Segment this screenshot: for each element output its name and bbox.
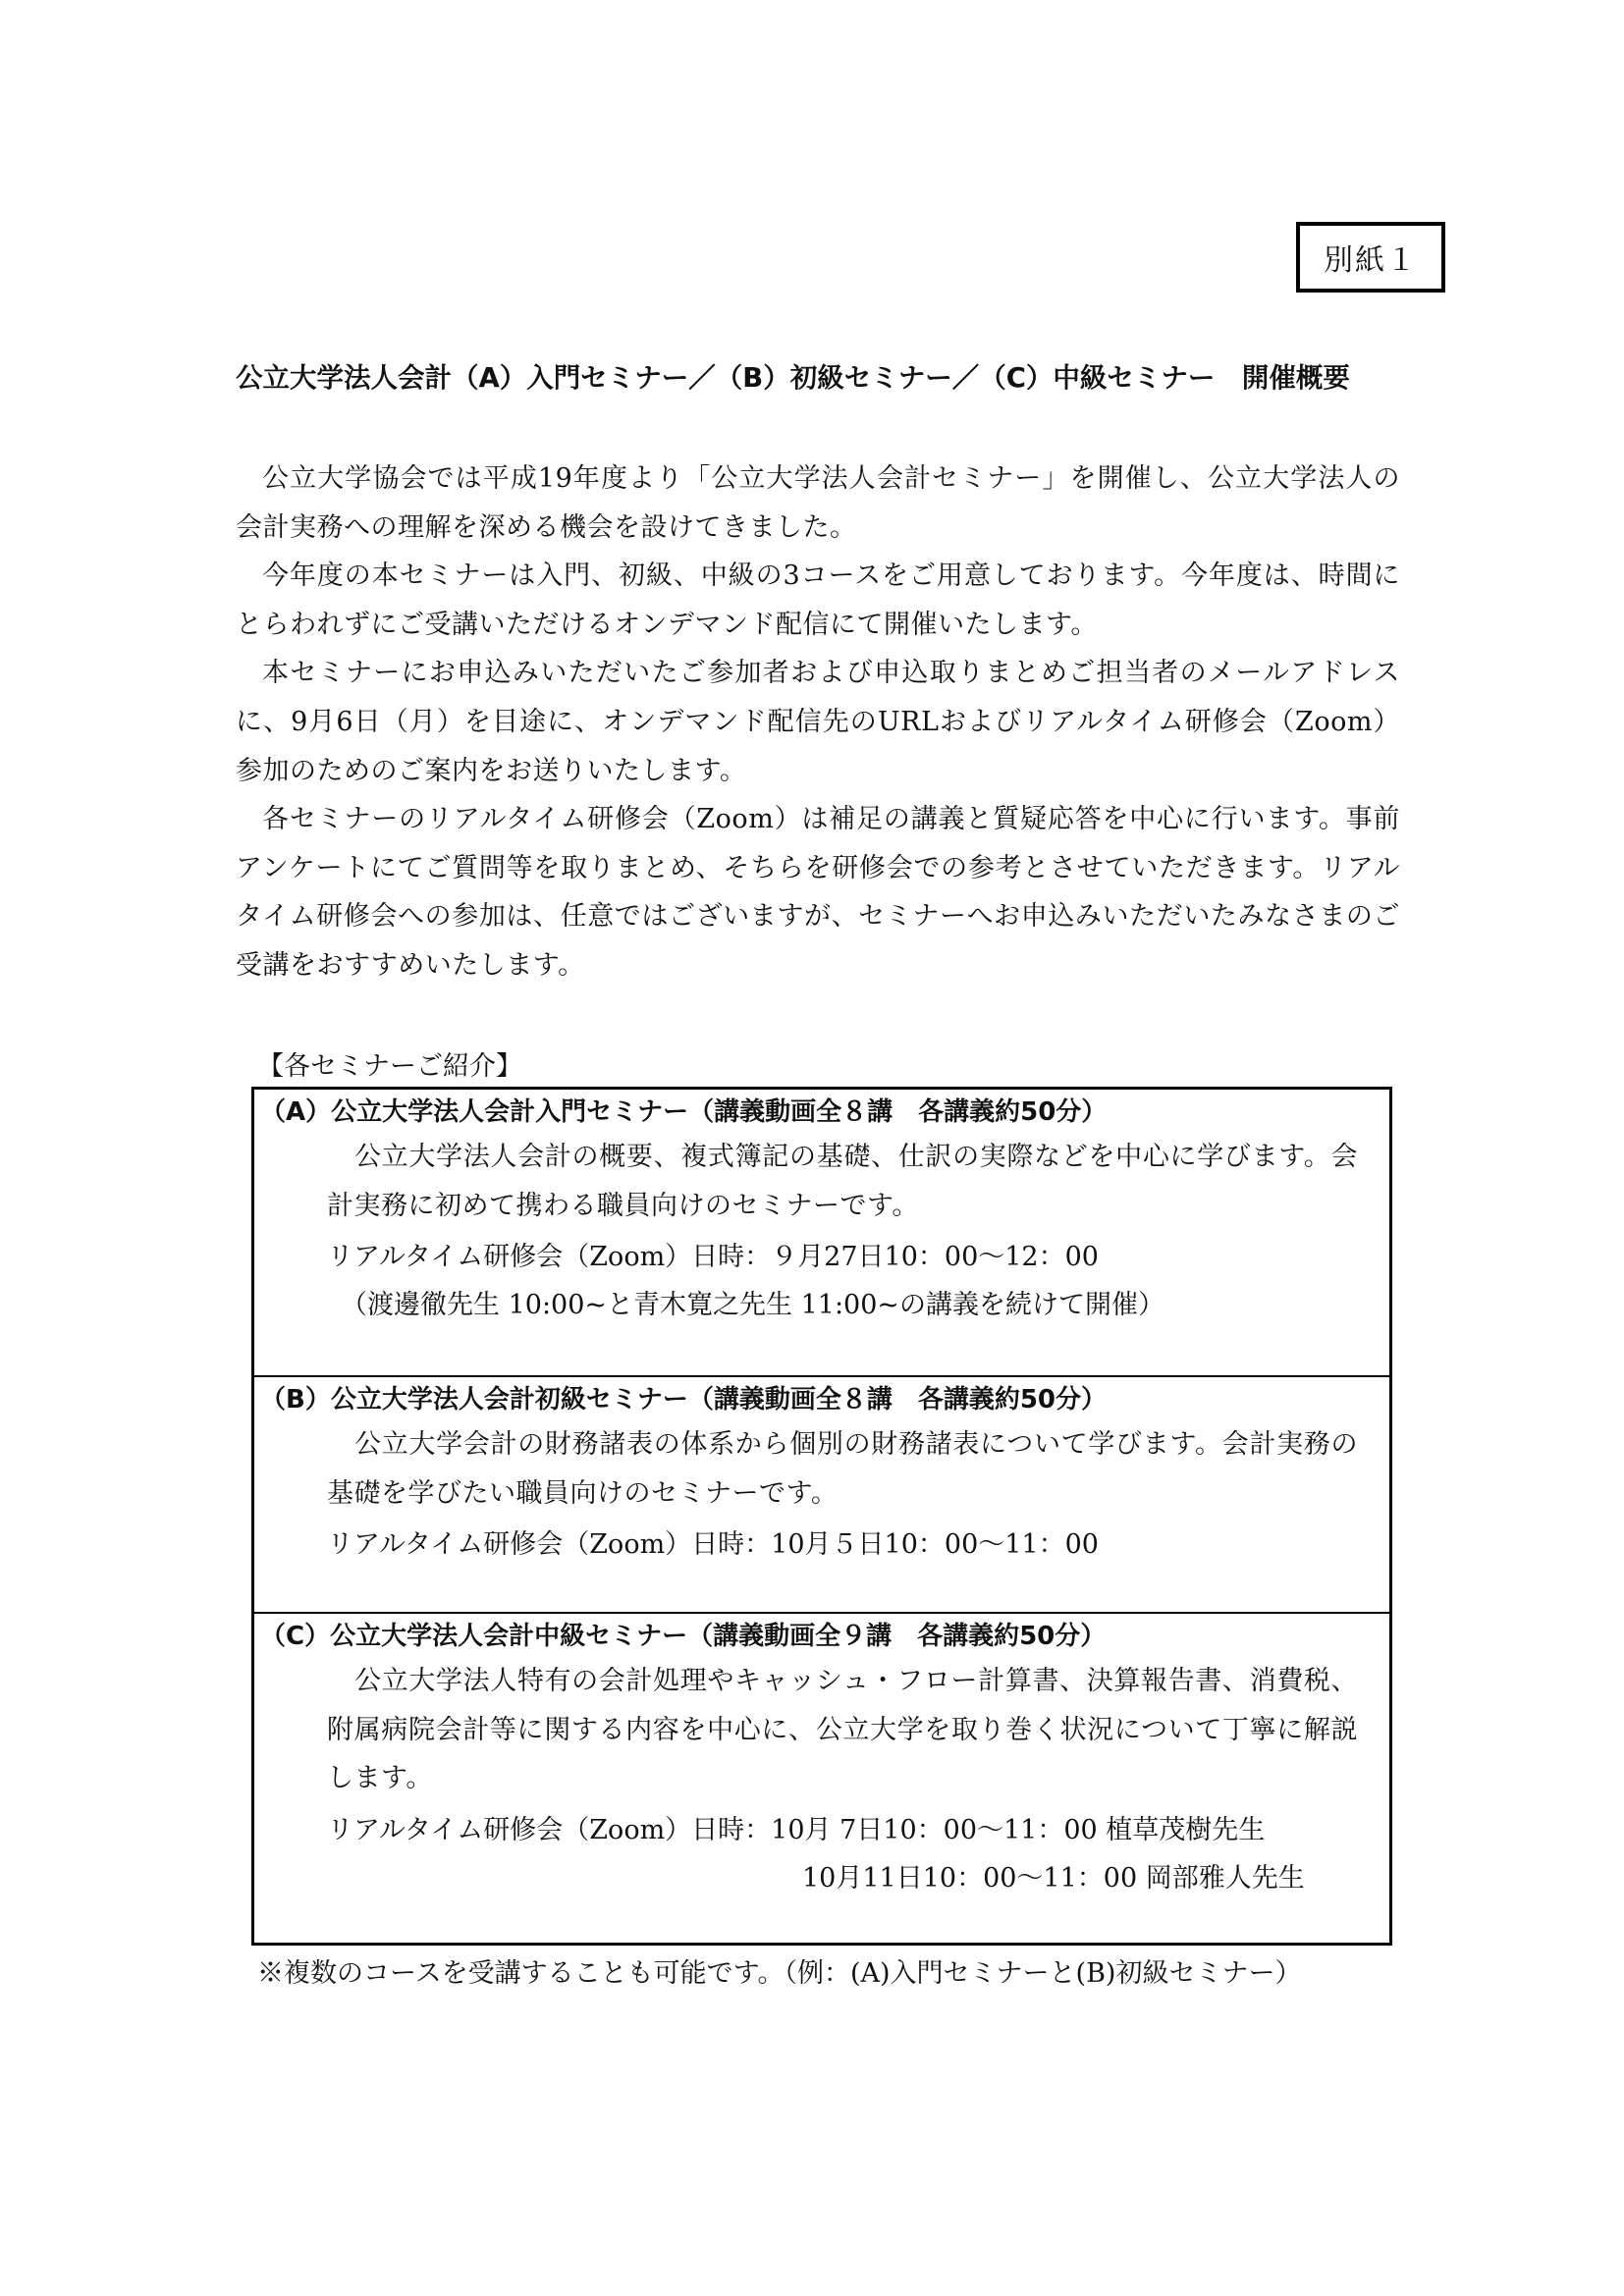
course-c-schedule-1: リアルタイム研修会（Zoom）日時：10月 7日10：00～11：00 植草茂樹… bbox=[327, 1808, 1265, 1846]
document-title: 公立大学法人会計（A）入門セミナー／（B）初級セミナー／（C）中級セミナー 開催… bbox=[236, 355, 1414, 395]
intro-paragraph-4: 各セミナーのリアルタイム研修会（Zoom）は補足の講義と質疑応答を中心に行います… bbox=[236, 795, 1400, 989]
course-a-schedule: リアルタイム研修会（Zoom）日時：９月27日10：00～12：00 bbox=[327, 1235, 1099, 1273]
course-a-heading: （A）公立大学法人会計入門セミナー（講義動画全８講 各講義約50分） bbox=[260, 1092, 1107, 1128]
seminar-table: （A）公立大学法人会計入門セミナー（講義動画全８講 各講義約50分） 公立大学法… bbox=[251, 1087, 1392, 1946]
course-b: （B）公立大学法人会計初級セミナー（講義動画全８講 各講義約50分） 公立大学会… bbox=[254, 1377, 1389, 1613]
attachment-label: 別紙１ bbox=[1324, 236, 1418, 279]
intro-paragraph-1: 公立大学協会では平成19年度より「公立大学法人会計セミナー」を開催し、公立大学法… bbox=[236, 454, 1400, 552]
course-c-description: 公立大学法人特有の会計処理やキャッシュ・フロー計算書、決算報告書、消費税、附属病… bbox=[327, 1657, 1358, 1803]
course-a: （A）公立大学法人会計入門セミナー（講義動画全８講 各講義約50分） 公立大学法… bbox=[254, 1090, 1389, 1374]
course-c: （C）公立大学法人会計中級セミナー（講義動画全９講 各講義約50分） 公立大学法… bbox=[254, 1614, 1389, 1943]
course-b-schedule: リアルタイム研修会（Zoom）日時：10月５日10：00～11：00 bbox=[327, 1522, 1099, 1561]
course-c-schedule-2: 10月11日10：00～11：00 岡部雅人先生 bbox=[802, 1856, 1305, 1895]
intro-paragraph-3: 本セミナーにお申込みいただいたご参加者および申込取りまとめご担当者のメールアドレ… bbox=[236, 649, 1400, 795]
course-a-description-text: 公立大学法人会計の概要、複式簿記の基礎、仕訳の実際などを中心に学びます。会計実務… bbox=[327, 1133, 1358, 1230]
course-a-schedule-note: （渡邊徹先生 10:00~と青木寛之先生 11:00~の講義を続けて開催） bbox=[341, 1283, 1164, 1321]
course-c-heading: （C）公立大学法人会計中級セミナー（講義動画全９講 各講義約50分） bbox=[260, 1616, 1106, 1652]
attachment-label-box: 別紙１ bbox=[1296, 222, 1445, 293]
course-c-description-text: 公立大学法人特有の会計処理やキャッシュ・フロー計算書、決算報告書、消費税、附属病… bbox=[327, 1657, 1358, 1803]
intro-text: 公立大学協会では平成19年度より「公立大学法人会計セミナー」を開催し、公立大学法… bbox=[236, 454, 1400, 990]
course-b-description-text: 公立大学会計の財務諸表の体系から個別の財務諸表について学びます。会計実務の基礎を… bbox=[327, 1420, 1358, 1518]
footnote: ※複数のコースを受講することも可能です。（例：(A)入門セミナーと(B)初級セミ… bbox=[257, 1951, 1301, 1990]
course-a-description: 公立大学法人会計の概要、複式簿記の基礎、仕訳の実際などを中心に学びます。会計実務… bbox=[327, 1133, 1358, 1230]
course-b-heading: （B）公立大学法人会計初級セミナー（講義動画全８講 各講義約50分） bbox=[260, 1379, 1107, 1415]
course-b-description: 公立大学会計の財務諸表の体系から個別の財務諸表について学びます。会計実務の基礎を… bbox=[327, 1420, 1358, 1518]
intro-paragraph-2: 今年度の本セミナーは入門、初級、中級の3コースをご用意しております。今年度は、時… bbox=[236, 552, 1400, 649]
section-label: 【各セミナーご紹介】 bbox=[257, 1044, 522, 1083]
